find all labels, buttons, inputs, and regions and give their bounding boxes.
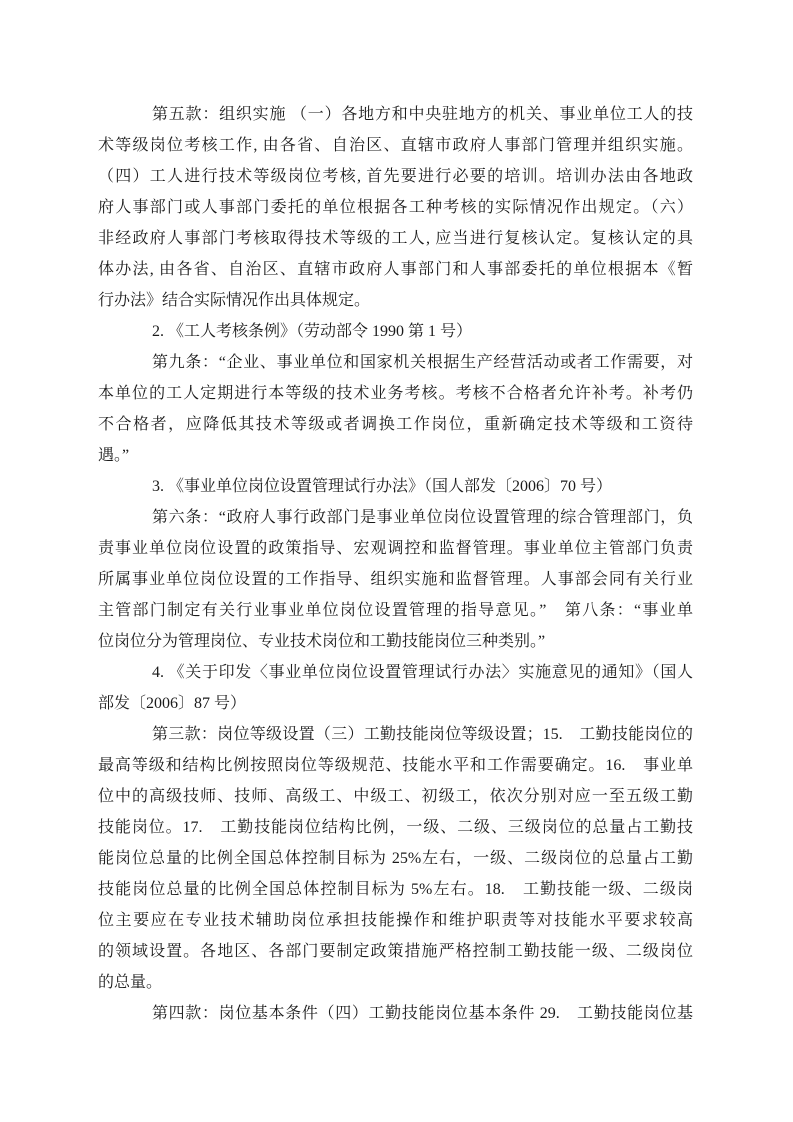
text-line: 不合格者，应降低其技术等级或者调换工作岗位，重新确定技术等级和工资待 — [98, 409, 693, 440]
paragraph: 第六条：“政府人事行政部门是事业单位岗位设置管理的综合管理部门，负责事业单位岗位… — [98, 502, 693, 657]
text-line: 遇。” — [98, 440, 693, 471]
text-line: 位岗位分为管理岗位、专业技术岗位和工勤技能岗位三种类别。” — [98, 626, 693, 657]
text-line: 部发〔2006〕87 号） — [98, 688, 693, 719]
text-line: 行办法》结合实际情况作出具体规定。 — [98, 285, 693, 316]
text-line: 4. 《关于印发〈事业单位岗位设置管理试行办法〉实施意见的通知》（国人 — [98, 657, 693, 688]
paragraph: 4. 《关于印发〈事业单位岗位设置管理试行办法〉实施意见的通知》（国人部发〔20… — [98, 657, 693, 719]
text-line: 第六条：“政府人事行政部门是事业单位岗位设置管理的综合管理部门，负 — [98, 502, 693, 533]
text-line: 的领域设置。各地区、各部门要制定政策措施严格控制工勤技能一级、二级岗位 — [98, 936, 693, 967]
text-line: 技能岗位总量的比例全国总体控制目标为 5%左右。18. 工勤技能一级、二级岗 — [98, 874, 693, 905]
document-page: 第五款：组织实施 （一）各地方和中央驻地方的机关、事业单位工人的技术等级岗位考核… — [0, 0, 793, 1122]
paragraph: 2. 《工人考核条例》（劳动部令 1990 第 1 号） — [98, 316, 693, 347]
text-line: 技能岗位。17. 工勤技能岗位结构比例，一级、二级、三级岗位的总量占工勤技 — [98, 812, 693, 843]
text-line: 主管部门制定有关行业事业单位岗位设置管理的指导意见。” 第八条：“事业单 — [98, 595, 693, 626]
text-line: 责事业单位岗位设置的政策指导、宏观调控和监督管理。事业单位主管部门负责 — [98, 533, 693, 564]
text-line: （四）工人进行技术等级岗位考核, 首先要进行必要的培训。培训办法由各地政 — [98, 161, 693, 192]
text-line: 最高等级和结构比例按照岗位等级规范、技能水平和工作需要确定。16. 事业单 — [98, 750, 693, 781]
text-line: 第五款：组织实施 （一）各地方和中央驻地方的机关、事业单位工人的技 — [98, 99, 693, 130]
document-body: 第五款：组织实施 （一）各地方和中央驻地方的机关、事业单位工人的技术等级岗位考核… — [98, 99, 693, 1029]
text-line: 能岗位总量的比例全国总体控制目标为 25%左右，一级、二级岗位的总量占工勤 — [98, 843, 693, 874]
text-line: 位主要应在专业技术辅助岗位承担技能操作和维护职责等对技能水平要求较高 — [98, 905, 693, 936]
text-line: 所属事业单位岗位设置的工作指导、组织实施和监督管理。人事部会同有关行业 — [98, 564, 693, 595]
text-line: 第三款：岗位等级设置（三）工勤技能岗位等级设置；15. 工勤技能岗位的 — [98, 719, 693, 750]
text-line: 3. 《事业单位岗位设置管理试行办法》（国人部发〔2006〕70 号） — [98, 471, 693, 502]
text-line: 本单位的工人定期进行本等级的技术业务考核。考核不合格者允许补考。补考仍 — [98, 378, 693, 409]
text-line: 2. 《工人考核条例》（劳动部令 1990 第 1 号） — [98, 316, 693, 347]
paragraph: 第四款：岗位基本条件（四）工勤技能岗位基本条件 29. 工勤技能岗位基 — [98, 998, 693, 1029]
text-line: 非经政府人事部门考核取得技术等级的工人, 应当进行复核认定。复核认定的具 — [98, 223, 693, 254]
text-line: 第四款：岗位基本条件（四）工勤技能岗位基本条件 29. 工勤技能岗位基 — [98, 998, 693, 1029]
paragraph: 3. 《事业单位岗位设置管理试行办法》（国人部发〔2006〕70 号） — [98, 471, 693, 502]
paragraph: 第九条：“企业、事业单位和国家机关根据生产经营活动或者工作需要，对本单位的工人定… — [98, 347, 693, 471]
paragraph: 第三款：岗位等级设置（三）工勤技能岗位等级设置；15. 工勤技能岗位的最高等级和… — [98, 719, 693, 998]
text-line: 的总量。 — [98, 967, 693, 998]
text-line: 位中的高级技师、技师、高级工、中级工、初级工，依次分别对应一至五级工勤 — [98, 781, 693, 812]
text-line: 府人事部门或人事部门委托的单位根据各工种考核的实际情况作出规定。（六） — [98, 192, 693, 223]
text-line: 体办法, 由各省、自治区、直辖市政府人事部门和人事部委托的单位根据本《暂 — [98, 254, 693, 285]
text-line: 第九条：“企业、事业单位和国家机关根据生产经营活动或者工作需要，对 — [98, 347, 693, 378]
text-line: 术等级岗位考核工作, 由各省、自治区、直辖市政府人事部门管理并组织实施。 — [98, 130, 693, 161]
paragraph: 第五款：组织实施 （一）各地方和中央驻地方的机关、事业单位工人的技术等级岗位考核… — [98, 99, 693, 316]
